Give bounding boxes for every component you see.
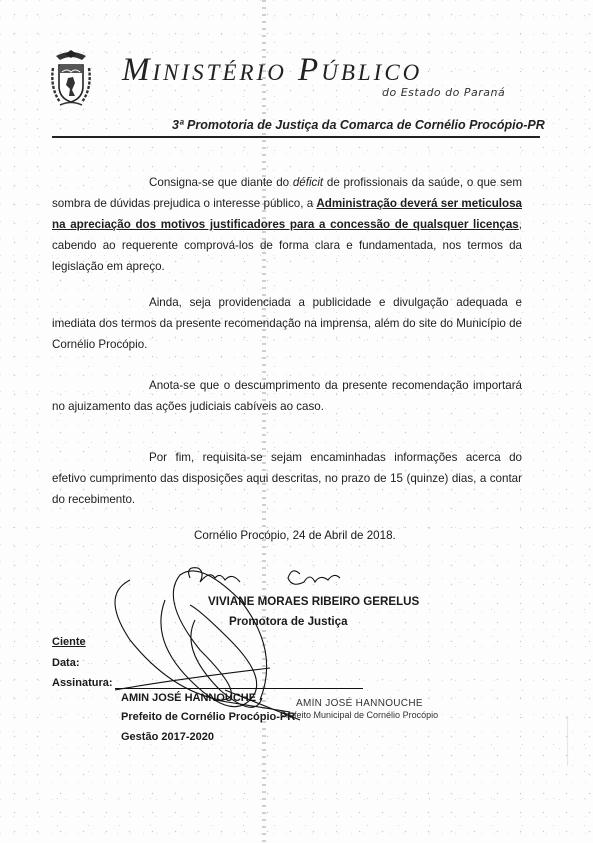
paragraph-3: Anota-se que o descumprimento da present…	[52, 375, 522, 417]
stamp-name: AMIN JOSÉ HANNOUCHE	[296, 698, 423, 709]
signature-line	[115, 688, 363, 689]
margin-rotated-text: ·························	[564, 716, 570, 766]
institution-title: Ministério Público	[122, 52, 422, 89]
paragraph-2: Ainda, seja providenciada a publicidade …	[52, 292, 522, 355]
place-date: Cornélio Procópio, 24 de Abril de 2018.	[194, 529, 396, 542]
signatory-role: Promotora de Justiça	[229, 615, 348, 628]
institution-subtitle: do Estado do Paraná	[382, 86, 505, 99]
signatory-name: VIVIANE MORAES RIBEIRO GERELUS	[208, 595, 419, 608]
data-label: Data:	[52, 657, 80, 669]
parana-coat-of-arms-icon	[48, 50, 94, 108]
header-divider	[52, 136, 540, 138]
mayor-role: Prefeito de Cornélio Procópio-PR	[121, 711, 295, 723]
paragraph-1: Consigna-se que diante do déficit de pro…	[52, 172, 522, 277]
paragraph-4: Por fim, requisita-se sejam encaminhadas…	[52, 447, 522, 510]
assinatura-label: Assinatura:	[52, 677, 113, 689]
mayor-name: AMIN JOSÉ HANNOUCHE	[121, 692, 256, 704]
stamp-role: Prefeito Municipal de Cornélio Procópio	[280, 710, 438, 720]
mayor-term: Gestão 2017-2020	[121, 731, 214, 743]
office-name: 3ª Promotoria de Justiça da Comarca de C…	[172, 118, 545, 132]
ciente-label: Ciente	[52, 636, 86, 648]
